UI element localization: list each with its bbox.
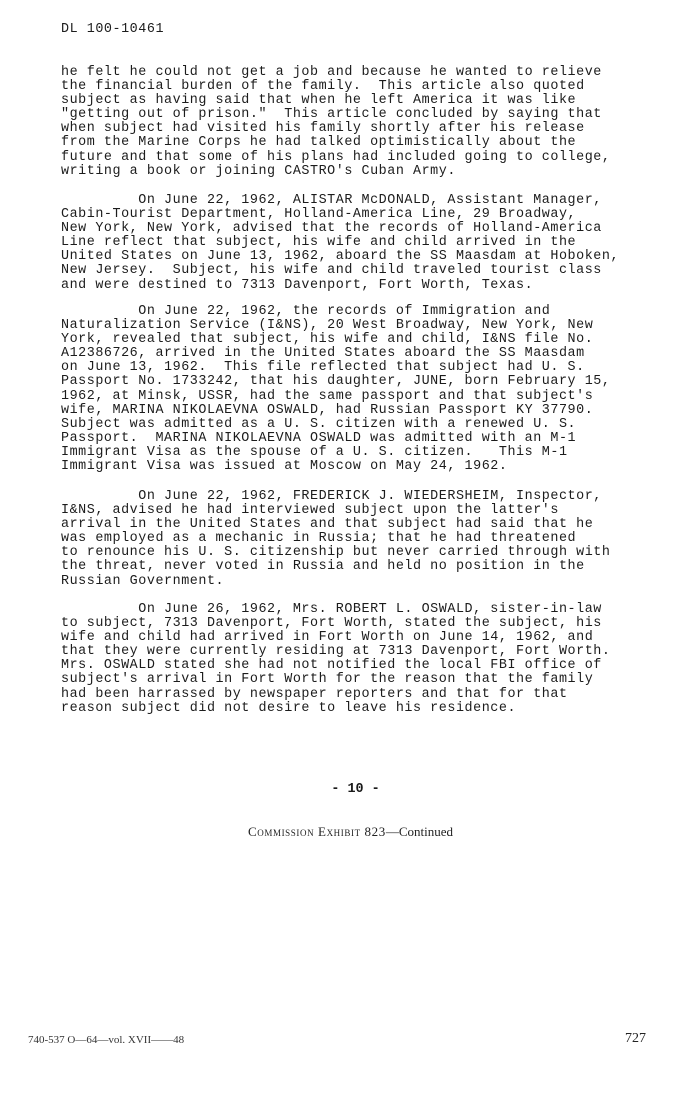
text-line: subject as having said that when he left… [61, 94, 610, 108]
text-line: had been harrassed by newspaper reporter… [61, 688, 610, 702]
file-number: DL 100-10461 [61, 23, 164, 37]
text-line: arrival in the United States and that su… [61, 518, 610, 532]
text-line: Naturalization Service (I&NS), 20 West B… [61, 319, 610, 333]
text-line: and were destined to 7313 Davenport, For… [61, 279, 619, 293]
paragraph-4: On June 22, 1962, FREDERICK J. WIEDERSHE… [61, 490, 610, 589]
text-line: Passport No. 1733242, that his daughter,… [61, 375, 610, 389]
text-line: On June 22, 1962, ALISTAR McDONALD, Assi… [61, 194, 619, 208]
paragraph-1: he felt he could not get a job and becau… [61, 66, 610, 179]
text-line: wife, MARINA NIKOLAEVNA OSWALD, had Russ… [61, 404, 610, 418]
text-line: Subject was admitted as a U. S. citizen … [61, 418, 610, 432]
paragraph-2: On June 22, 1962, ALISTAR McDONALD, Assi… [61, 194, 619, 293]
text-line: New Jersey. Subject, his wife and child … [61, 264, 619, 278]
text-line: United States on June 13, 1962, aboard t… [61, 250, 619, 264]
text-line: Russian Government. [61, 575, 610, 589]
print-code: 740-537 O—64—vol. XVII——48 [28, 1034, 184, 1046]
text-line: wife and child had arrived in Fort Worth… [61, 631, 610, 645]
text-line: when subject had visited his family shor… [61, 122, 610, 136]
text-line: A12386726, arrived in the United States … [61, 347, 610, 361]
text-line: that they were currently residing at 731… [61, 645, 610, 659]
text-line: 1962, at Minsk, USSR, had the same passp… [61, 390, 610, 404]
text-line: Mrs. OSWALD stated she had not notified … [61, 659, 610, 673]
page-number: - 10 - [0, 782, 691, 797]
volume-page-number: 727 [625, 1031, 646, 1047]
text-line: the financial burden of the family. This… [61, 80, 610, 94]
text-line: Passport. MARINA NIKOLAEVNA OSWALD was a… [61, 432, 610, 446]
text-line: to renounce his U. S. citizenship but ne… [61, 546, 610, 560]
text-line: to subject, 7313 Davenport, Fort Worth, … [61, 617, 610, 631]
text-line: Line reflect that subject, his wife and … [61, 236, 619, 250]
exhibit-caption: Commission Exhibit 823—Continued [0, 824, 691, 840]
text-line: I&NS, advised he had interviewed subject… [61, 504, 610, 518]
text-line: on June 13, 1962. This file reflected th… [61, 361, 610, 375]
text-line: On June 26, 1962, Mrs. ROBERT L. OSWALD,… [61, 603, 610, 617]
text-line: reason subject did not desire to leave h… [61, 702, 610, 716]
text-line: New York, New York, advised that the rec… [61, 222, 619, 236]
text-line: from the Marine Corps he had talked opti… [61, 136, 610, 150]
document-page: DL 100-10461 he felt he could not get a … [0, 0, 691, 1094]
text-line: the threat, never voted in Russia and he… [61, 560, 610, 574]
text-line: On June 22, 1962, the records of Immigra… [61, 305, 610, 319]
text-line: "getting out of prison." This article co… [61, 108, 610, 122]
paragraph-3: On June 22, 1962, the records of Immigra… [61, 305, 610, 474]
exhibit-title: Commission Exhibit 823 [248, 824, 386, 839]
text-line: future and that some of his plans had in… [61, 151, 610, 165]
paragraph-5: On June 26, 1962, Mrs. ROBERT L. OSWALD,… [61, 603, 610, 716]
text-line: Immigrant Visa as the spouse of a U. S. … [61, 446, 610, 460]
text-line: was employed as a mechanic in Russia; th… [61, 532, 610, 546]
text-line: York, revealed that subject, his wife an… [61, 333, 610, 347]
text-line: On June 22, 1962, FREDERICK J. WIEDERSHE… [61, 490, 610, 504]
exhibit-suffix: —Continued [386, 824, 453, 839]
text-line: he felt he could not get a job and becau… [61, 66, 610, 80]
text-line: subject's arrival in Fort Worth for the … [61, 673, 610, 687]
text-line: writing a book or joining CASTRO's Cuban… [61, 165, 610, 179]
text-line: Immigrant Visa was issued at Moscow on M… [61, 460, 610, 474]
text-line: Cabin-Tourist Department, Holland-Americ… [61, 208, 619, 222]
